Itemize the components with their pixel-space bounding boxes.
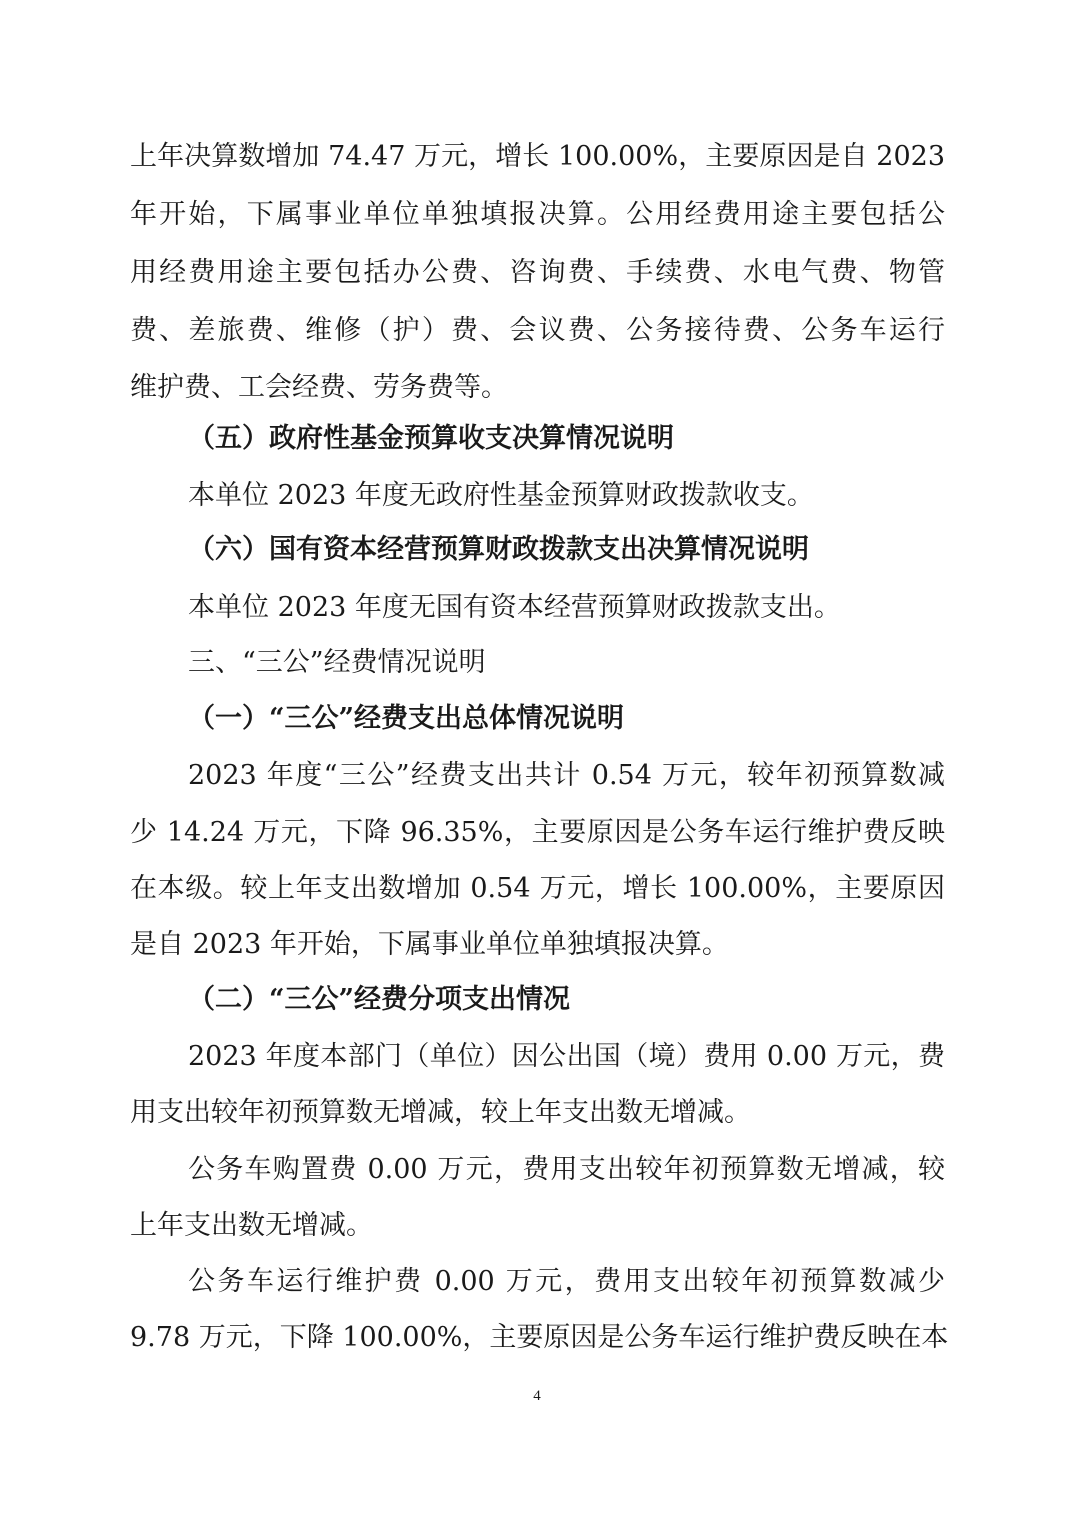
paragraph-line: 用经费用途主要包括办公费、咨询费、手续费、水电气费、物管 [130,253,945,293]
paragraph-line: 本单位 2023 年度无国有资本经营预算财政拨款支出。 [188,588,945,628]
paragraph-line: 2023 年度本部门（单位）因公出国（境）费用 0.00 万元，费 [188,1037,945,1077]
paragraph-line: 公务车运行维护费 0.00 万元，费用支出较年初预算数减少 [188,1262,945,1302]
section-heading-2: （二）“三公”经费分项支出情况 [188,980,1003,1020]
paragraph-line: 上年决算数增加 74.47 万元，增长 100.00%，主要原因是自 2023 [130,137,945,177]
paragraph-line: 9.78 万元，下降 100.00%，主要原因是公务车运行维护费反映在本 [130,1318,945,1358]
paragraph-line: 用支出较年初预算数无增减，较上年支出数无增减。 [130,1093,945,1133]
page-number: 4 [0,1388,1074,1405]
section-heading-5: （五）政府性基金预算收支决算情况说明 [188,419,1003,459]
section-heading-6: （六）国有资本经营预算财政拨款支出决算情况说明 [188,530,1003,570]
paragraph-line: 维护费、工会经费、劳务费等。 [130,368,945,408]
paragraph-line: 在本级。较上年支出数增加 0.54 万元，增长 100.00%，主要原因 [130,869,945,909]
paragraph-line: 少 14.24 万元，下降 96.35%，主要原因是公务车运行维护费反映 [130,813,945,853]
paragraph-line: 费、差旅费、维修（护）费、会议费、公务接待费、公务车运行 [130,311,945,351]
section-heading-1: （一）“三公”经费支出总体情况说明 [188,699,1003,739]
paragraph-line: 公务车购置费 0.00 万元，费用支出较年初预算数无增减，较 [188,1150,945,1190]
paragraph-line: 2023 年度“三公”经费支出共计 0.54 万元，较年初预算数减 [188,756,945,796]
chapter-heading-3: 三、“三公”经费情况说明 [188,643,1003,683]
paragraph-line: 本单位 2023 年度无政府性基金预算财政拨款收支。 [188,476,945,516]
paragraph-line: 年开始，下属事业单位单独填报决算。公用经费用途主要包括公 [130,195,945,235]
paragraph-line: 是自 2023 年开始，下属事业单位单独填报决算。 [130,925,945,965]
document-page: 上年决算数增加 74.47 万元，增长 100.00%，主要原因是自 2023 … [0,0,1074,1520]
paragraph-line: 上年支出数无增减。 [130,1206,945,1246]
